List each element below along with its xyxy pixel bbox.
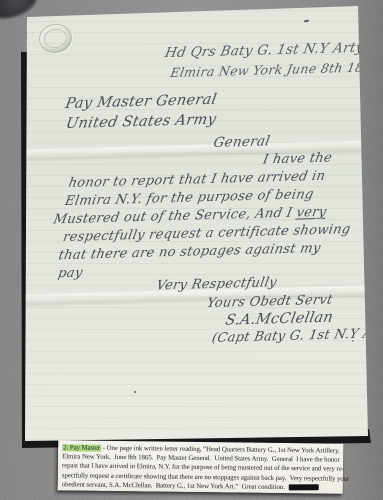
letter-sheet: Hd Qrs Baty G. 1st N.Y Arty Elmira New Y… [0, 0, 383, 500]
letter-signature-title: (Capt Baty G. 1st N.Y Arty) [211, 326, 383, 346]
letter-recipient-line2: United States Army [65, 112, 218, 132]
letter-heading-unit: Hd Qrs Baty G. 1st N.Y Arty [164, 40, 366, 62]
caption-line5-text: obedient servant, S.A. McClellan. Batter… [62, 481, 285, 491]
redaction-mark [289, 484, 319, 490]
letter-body-line6: that there are no stopages against my [57, 241, 322, 263]
letter-closing-servant-line: Yours Obedt Servt [206, 293, 334, 312]
letter-salutation: General [212, 133, 271, 151]
letter-signature: S.A.McClellan [224, 310, 334, 329]
handwritten-text: Hd Qrs Baty G. 1st N.Y Arty Elmira New Y… [27, 8, 372, 427]
caption-highlighted-title: 2. Pay Master [62, 444, 101, 451]
typed-caption-strip: 2. Pay Master - One page ink written let… [58, 440, 344, 493]
photo-of-letter-scene: Hd Qrs Baty G. 1st N.Y Arty Elmira New Y… [0, 0, 383, 500]
letter-body-line4-underlined-word: very [295, 205, 328, 221]
letter-body-line7: pay [57, 266, 84, 282]
letter-recipient-line1: Pay Master General [64, 92, 218, 112]
letter-closing-valediction: Very Respectfully [155, 275, 278, 293]
letter-heading-dateline: Elmira New York June 8th 1865 [169, 59, 381, 80]
letter-body-line1: I have the [262, 150, 334, 167]
